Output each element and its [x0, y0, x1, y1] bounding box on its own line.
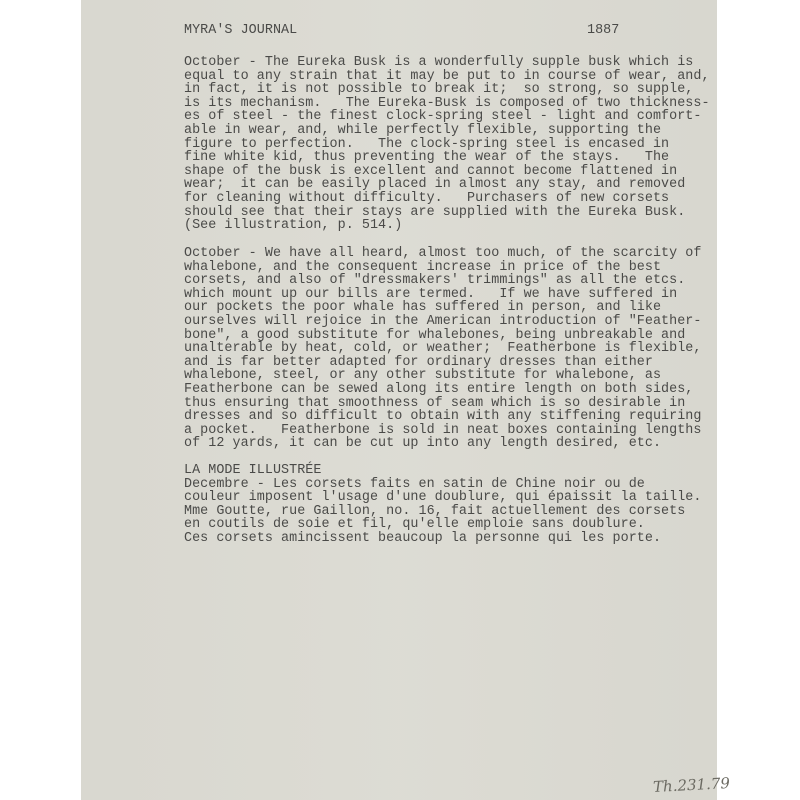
text-line: should see that their stays are supplied…	[184, 206, 710, 220]
journal-title: MYRA'S JOURNAL	[184, 24, 297, 38]
text-line: able in wear, and, while perfectly flexi…	[184, 124, 710, 138]
document-page: MYRA'S JOURNAL 1887 October - The Eureka…	[81, 0, 717, 800]
handwritten-catalog-number: Th.231.79	[653, 774, 731, 796]
text-line: in fact, it is not possible to break it;…	[184, 83, 710, 97]
paragraph-la-mode-illustree: LA MODE ILLUSTRÉEDecembre - Les corsets …	[184, 464, 701, 546]
text-line: bone", a good substitute for whalebones,…	[184, 329, 701, 343]
text-line: en coutils de soie et fil, qu'elle emplo…	[184, 518, 701, 532]
text-line: a pocket. Featherbone is sold in neat bo…	[184, 424, 701, 438]
text-line: which mount up our bills are termed. If …	[184, 288, 701, 302]
text-line: Decembre - Les corsets faits en satin de…	[184, 478, 701, 492]
text-line: couleur imposent l'usage d'une doublure,…	[184, 491, 701, 505]
text-line: of 12 yards, it can be cut up into any l…	[184, 437, 701, 451]
text-line: is its mechanism. The Eureka-Busk is com…	[184, 97, 710, 111]
text-line: whalebone, and the consequent increase i…	[184, 261, 701, 275]
text-line: Mme Goutte, rue Gaillon, no. 16, fait ac…	[184, 505, 701, 519]
text-line: thus ensuring that smoothness of seam wh…	[184, 397, 701, 411]
text-line: shape of the busk is excellent and canno…	[184, 165, 710, 179]
text-line: and is far better adapted for ordinary d…	[184, 356, 701, 370]
text-line: figure to perfection. The clock-spring s…	[184, 138, 710, 152]
text-line: dresses and so difficult to obtain with …	[184, 410, 701, 424]
text-line: Featherbone can be sewed along its entir…	[184, 383, 701, 397]
paragraph-eureka-busk: October - The Eureka Busk is a wonderful…	[184, 56, 710, 233]
text-line: equal to any strain that it may be put t…	[184, 70, 710, 84]
text-line: wear; it can be easily placed in almost …	[184, 178, 710, 192]
text-line: for cleaning without difficulty. Purchas…	[184, 192, 710, 206]
section-heading: LA MODE ILLUSTRÉE	[184, 464, 701, 478]
journal-year: 1887	[587, 24, 619, 38]
text-line: our pockets the poor whale has suffered …	[184, 301, 701, 315]
text-line: ourselves will rejoice in the American i…	[184, 315, 701, 329]
text-line: (See illustration, p. 514.)	[184, 219, 710, 233]
text-line: Ces corsets amincissent beaucoup la pers…	[184, 532, 701, 546]
text-line: fine white kid, thus preventing the wear…	[184, 151, 710, 165]
text-line: October - We have all heard, almost too …	[184, 247, 701, 261]
text-line: corsets, and also of "dressmakers' trimm…	[184, 274, 701, 288]
text-line: unalterable by heat, cold, or weather; F…	[184, 342, 701, 356]
text-line: es of steel - the finest clock-spring st…	[184, 110, 710, 124]
text-line: October - The Eureka Busk is a wonderful…	[184, 56, 710, 70]
paragraph-featherbone: October - We have all heard, almost too …	[184, 247, 701, 451]
text-line: whalebone, steel, or any other substitut…	[184, 369, 701, 383]
